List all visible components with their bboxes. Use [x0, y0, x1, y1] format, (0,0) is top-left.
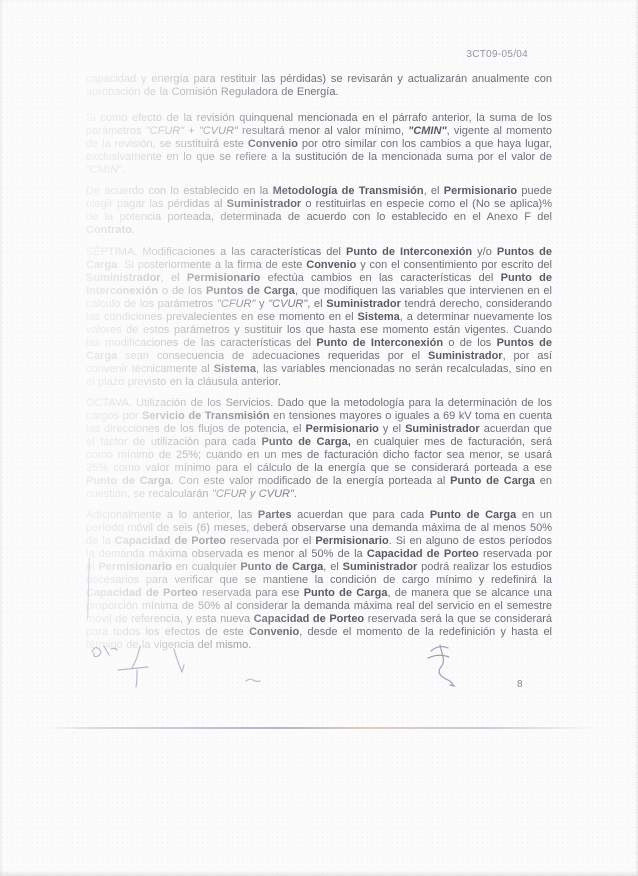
- text-segment: Sistema: [214, 363, 256, 375]
- text-segment: resultará menor al valor mínimo,: [238, 125, 408, 137]
- text-segment: . Con este valor modificado de la energí…: [171, 475, 450, 487]
- text-segment: De acuerdo con lo establecido en la: [86, 185, 273, 197]
- text-segment: Suministrador: [428, 350, 503, 362]
- text-segment: Metodología de Transmisión: [273, 185, 424, 197]
- text-segment: , el: [307, 298, 326, 310]
- text-segment: Punto de Carga,: [262, 436, 351, 448]
- document-body: capacidad y energía para restituir las p…: [86, 0, 552, 876]
- text-segment: Punto de Carga: [304, 587, 388, 599]
- text-segment: Suministrador: [343, 561, 418, 573]
- text-segment: .: [294, 488, 297, 500]
- text-segment: Convenio: [248, 138, 298, 150]
- paragraph: Adicionalmente a lo anterior, las Partes…: [86, 509, 552, 652]
- text-segment: Convenio: [249, 626, 299, 638]
- text-segment: "CMIN": [408, 125, 447, 137]
- text-segment: Sistema: [358, 311, 400, 323]
- paragraph: SÉPTIMA. Modificaciones a las caracterís…: [86, 246, 552, 389]
- page-number: 8: [517, 679, 523, 690]
- text-segment: Suministrador: [326, 298, 401, 310]
- text-segment: . Si posteriormente a la firma de este: [117, 259, 306, 271]
- text-segment: Contrato: [86, 224, 132, 236]
- text-segment: Punto de Carga: [430, 509, 516, 521]
- text-segment: acuerdan que para cada: [292, 509, 430, 521]
- text-segment: Servicio de Transmisión: [142, 410, 270, 422]
- text-segment: y: [255, 298, 268, 310]
- text-segment: Partes: [258, 509, 292, 521]
- text-segment: Punto de Interconexión: [346, 246, 472, 258]
- text-segment: "CFUR": [217, 298, 255, 310]
- text-segment: "CVUR": [268, 298, 307, 310]
- text-segment: o de los: [443, 337, 497, 349]
- scanned-contract-page: 3CT09-05/04 capacidad y energía para res…: [0, 0, 638, 876]
- text-segment: Puntos de Carga: [206, 285, 295, 297]
- text-segment: Suministrador: [227, 198, 302, 210]
- text-segment: sean consecuencia de adecuaciones requer…: [117, 350, 428, 362]
- text-segment: Suministrador: [86, 272, 161, 284]
- text-segment: Adicionalmente a lo anterior, las: [86, 509, 258, 521]
- text-segment: Suministrador: [405, 423, 480, 435]
- text-segment: , el: [161, 272, 187, 284]
- text-segment: y/o: [472, 246, 497, 258]
- text-segment: Permisionario: [187, 272, 260, 284]
- text-segment: .: [122, 164, 125, 176]
- text-segment: "CVUR": [199, 125, 238, 137]
- text-segment: SÉPTIMA. Modificaciones a las caracterís…: [86, 246, 346, 258]
- paragraph: capacidad y energía para restituir las p…: [86, 73, 552, 99]
- text-segment: Capacidad de Porteo: [115, 535, 226, 547]
- text-segment: Permisionario: [315, 535, 388, 547]
- text-segment: , el: [323, 561, 342, 573]
- text-segment: capacidad y energía para restituir las p…: [86, 73, 552, 98]
- text-segment: Punto de Carga: [86, 475, 171, 487]
- text-segment: Permisionario: [444, 185, 517, 197]
- text-segment: "CMIN": [86, 164, 122, 176]
- text-segment: reservada para ese: [198, 587, 304, 599]
- text-segment: Capacidad de Porteo: [254, 613, 364, 625]
- text-segment: Convenio: [306, 259, 356, 271]
- text-segment: Punto de Interconexión: [316, 337, 443, 349]
- text-segment: , el: [424, 185, 444, 197]
- text-segment: Permisionario: [306, 423, 379, 435]
- text-segment: efectúa cambios en las características d…: [260, 272, 500, 284]
- text-segment: Capacidad de Porteo: [367, 548, 479, 560]
- text-segment: Capacidad de Porteo: [86, 587, 198, 599]
- paragraph: Si como efecto de la revisión quinquenal…: [86, 112, 552, 177]
- text-segment: y el: [379, 423, 405, 435]
- text-segment: Permisionario: [98, 561, 171, 573]
- text-segment: y con el consentimiento por escrito del: [356, 259, 552, 271]
- text-segment: "CFUR y CVUR": [212, 488, 294, 500]
- text-segment: reservada por el: [226, 535, 315, 547]
- text-segment: Punto de Carga: [450, 475, 535, 487]
- crease-line: [48, 727, 596, 729]
- text-segment: "CFUR": [146, 125, 184, 137]
- text-segment: o de los: [158, 285, 206, 297]
- paragraph: OCTAVA. Utilización de los Servicios. Da…: [86, 397, 552, 501]
- text-segment: Punto de Carga: [240, 561, 323, 573]
- text-segment: en cualquier: [172, 561, 241, 573]
- text-segment: .: [132, 224, 135, 236]
- paragraph: De acuerdo con lo establecido en la Meto…: [86, 185, 552, 237]
- text-segment: +: [184, 125, 199, 137]
